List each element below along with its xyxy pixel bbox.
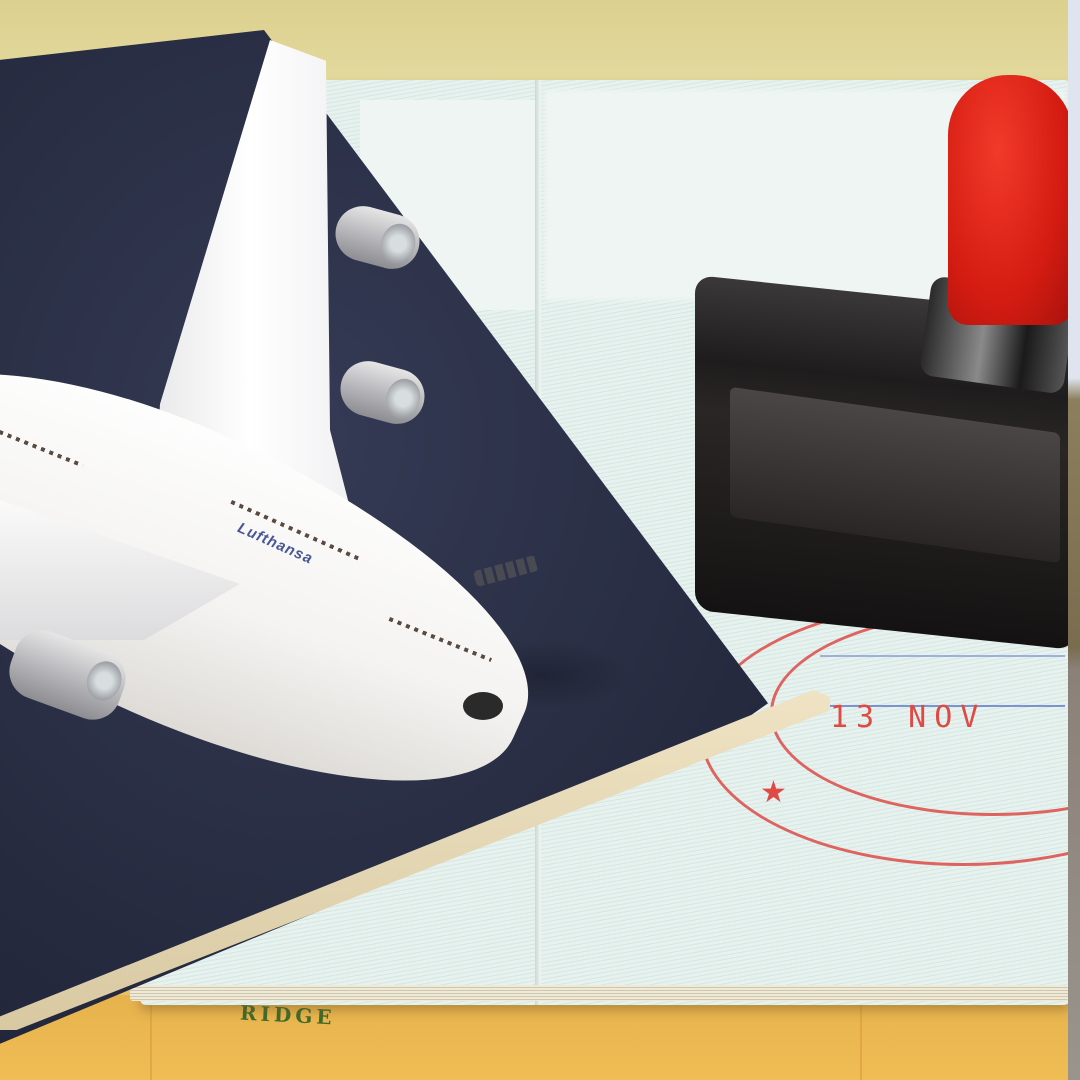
passport-page-edge xyxy=(130,985,1068,1001)
airplane-landing-gear xyxy=(463,692,503,720)
map-background xyxy=(0,995,1068,1080)
adjacent-photo-strip xyxy=(1068,0,1080,1080)
map-grid-line xyxy=(860,1000,862,1080)
rubber-stamp-handle xyxy=(948,75,1068,325)
map-grid-line xyxy=(150,1000,152,1080)
stamp-date: 13 NOV xyxy=(830,700,986,735)
photo-scene: RIDGE CONSULATE 13 NOV ★ Lufthansa xyxy=(0,0,1068,1080)
star-icon: ★ xyxy=(760,775,787,810)
